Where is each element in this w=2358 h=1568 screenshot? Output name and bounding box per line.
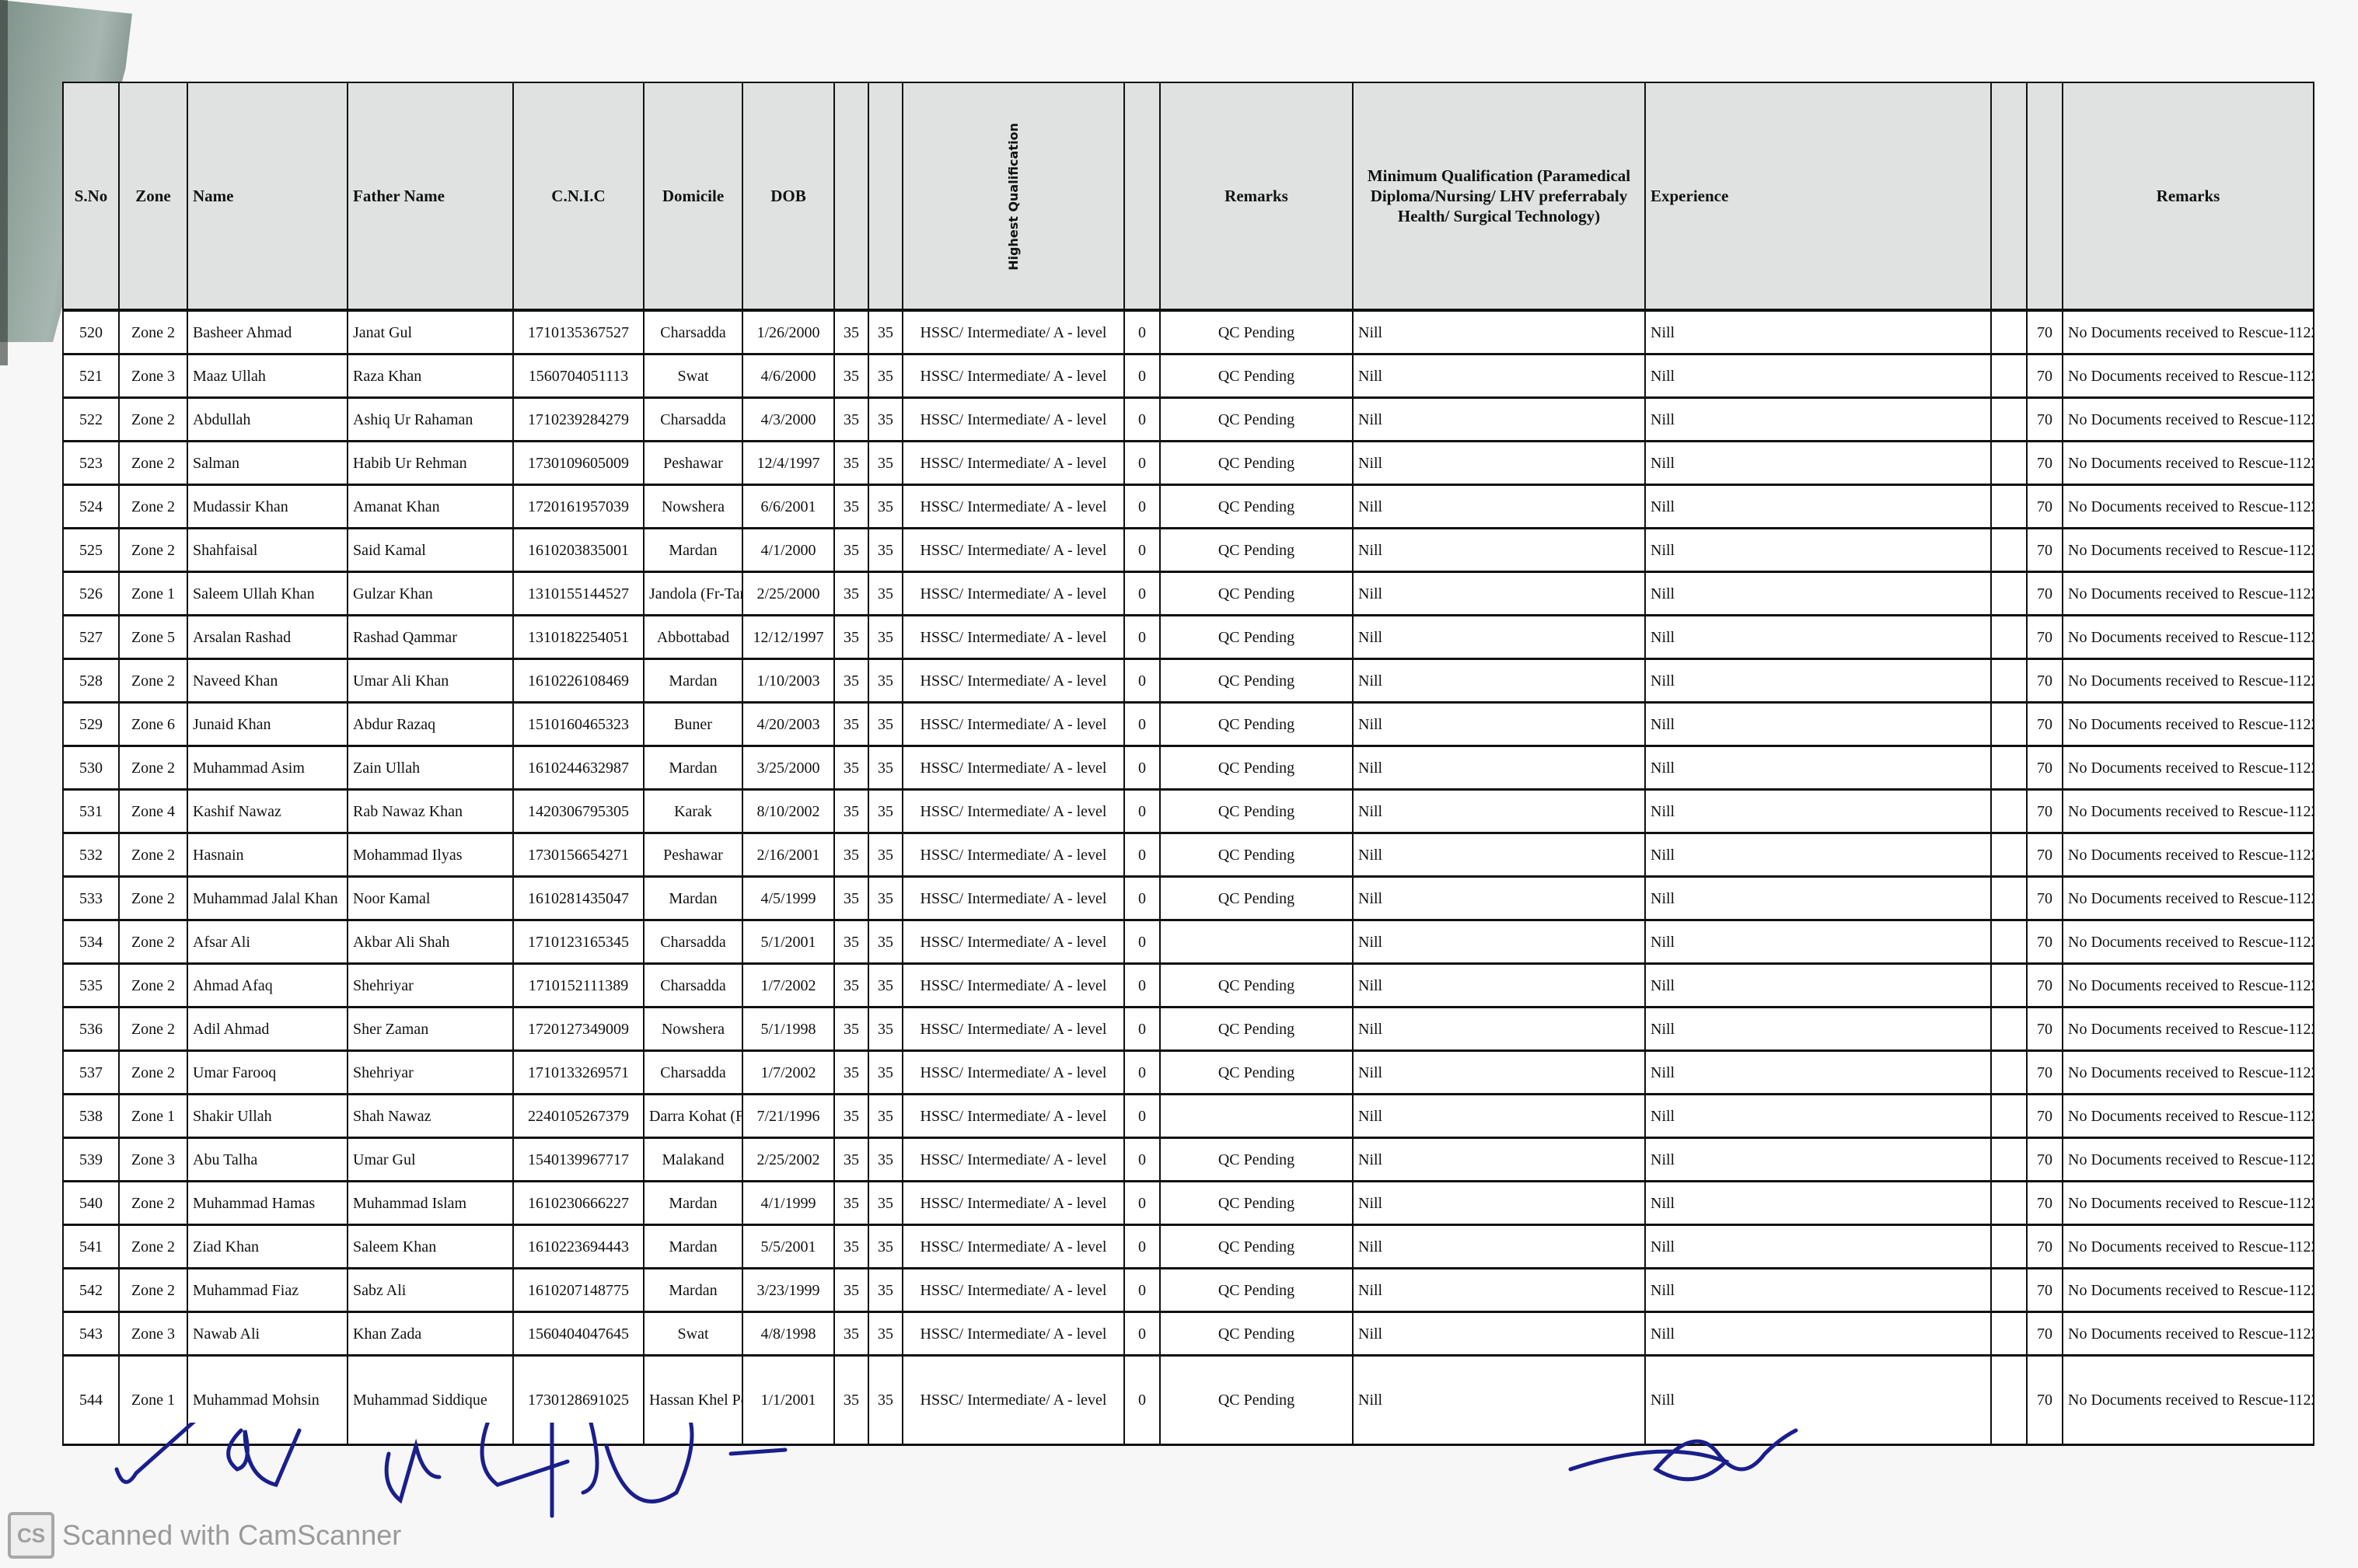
row-cnic: 1610281435047 — [513, 877, 644, 920]
row-father-name: Shehriyar — [348, 1051, 513, 1095]
row-remarks: QC Pending — [1160, 354, 1353, 398]
row-fsc: 35 — [868, 877, 903, 920]
row-experience: Nill — [1645, 833, 1991, 877]
col-zone: Zone — [119, 82, 187, 310]
row-zone: Zone 1 — [119, 1095, 187, 1138]
table-row: 539Zone 3Abu TalhaUmar Gul1540139967717M… — [63, 1138, 2314, 1182]
row-father-name: Umar Ali Khan — [348, 659, 513, 703]
row-sno: 539 — [63, 1138, 119, 1182]
row-remarks: QC Pending — [1160, 616, 1353, 659]
row-father-name: Said Kamal — [348, 529, 513, 572]
row-fsc: 35 — [868, 833, 903, 877]
row-fsc: 35 — [868, 354, 903, 398]
row-experience-marks — [1991, 1225, 2027, 1269]
row-remarks: QC Pending — [1160, 746, 1353, 790]
row-experience-marks — [1991, 1051, 2027, 1095]
row-qualification-marks: 0 — [1124, 1269, 1160, 1312]
col-father-name: Father Name — [348, 82, 513, 310]
row-experience: Nill — [1645, 572, 1991, 616]
row-zone: Zone 2 — [119, 964, 187, 1008]
row-qualification-marks: 0 — [1124, 746, 1160, 790]
row-dob: 12/4/1997 — [742, 442, 834, 485]
row-father-name: Sher Zaman — [348, 1008, 513, 1051]
row-domicile: Mardan — [644, 1269, 742, 1312]
row-final-remarks: No Documents received to Rescue-1122 — [2063, 1312, 2314, 1356]
row-total-marks: 70 — [2027, 398, 2063, 442]
row-dob: 4/8/1998 — [742, 1312, 834, 1356]
camscanner-logo-icon: CS — [8, 1512, 54, 1559]
row-cnic: 1730156654271 — [513, 833, 644, 877]
row-father-name: Abdur Razaq — [348, 703, 513, 746]
row-father-name: Habib Ur Rehman — [348, 442, 513, 485]
row-final-remarks: No Documents received to Rescue-1122 — [2063, 1051, 2314, 1095]
row-dob: 4/5/1999 — [742, 877, 834, 920]
row-total-marks: 70 — [2027, 572, 2063, 616]
row-cnic: 1560704051113 — [513, 354, 644, 398]
row-min-qualification: Nill — [1353, 833, 1645, 877]
row-min-qualification: Nill — [1353, 703, 1645, 746]
row-domicile: Karak — [644, 790, 742, 833]
row-remarks: QC Pending — [1160, 572, 1353, 616]
row-name: Salman — [187, 442, 348, 485]
page-edge-shadow — [0, 0, 8, 365]
row-experience: Nill — [1645, 398, 1991, 442]
row-domicile: Mardan — [644, 877, 742, 920]
row-experience-marks — [1991, 442, 2027, 485]
row-final-remarks: No Documents received to Rescue-1122 — [2063, 442, 2314, 485]
row-ssc: 35 — [834, 616, 868, 659]
row-qualification-marks: 0 — [1124, 529, 1160, 572]
row-domicile: Mardan — [644, 746, 742, 790]
row-total-marks: 70 — [2027, 616, 2063, 659]
camscanner-watermark: CS Scanned with CamScanner — [8, 1512, 401, 1559]
row-ssc: 35 — [834, 485, 868, 529]
row-dob: 2/25/2002 — [742, 1138, 834, 1182]
row-min-qualification: Nill — [1353, 920, 1645, 964]
row-min-qualification: Nill — [1353, 659, 1645, 703]
row-qualification-marks: 0 — [1124, 877, 1160, 920]
table-row: 536Zone 2Adil AhmadSher Zaman17201273490… — [63, 1008, 2314, 1051]
row-experience-marks — [1991, 1138, 2027, 1182]
table-row: 523Zone 2SalmanHabib Ur Rehman1730109605… — [63, 442, 2314, 485]
row-experience-marks — [1991, 1312, 2027, 1356]
table-row: 530Zone 2Muhammad AsimZain Ullah16102446… — [63, 746, 2314, 790]
row-cnic: 1730109605009 — [513, 442, 644, 485]
row-qualification-marks: 0 — [1124, 1225, 1160, 1269]
signature-5 — [606, 1423, 785, 1501]
row-experience: Nill — [1645, 1312, 1991, 1356]
row-experience: Nill — [1645, 485, 1991, 529]
row-fsc: 35 — [868, 572, 903, 616]
table-row: 532Zone 2HasnainMohammad Ilyas1730156654… — [63, 833, 2314, 877]
row-name: Naveed Khan — [187, 659, 348, 703]
row-zone: Zone 2 — [119, 442, 187, 485]
row-experience: Nill — [1645, 1095, 1991, 1138]
row-domicile: Mardan — [644, 659, 742, 703]
row-name: Muhammad Jalal Khan — [187, 877, 348, 920]
col-highest-qualification: Highest Qualification — [903, 82, 1124, 310]
row-experience-marks — [1991, 616, 2027, 659]
row-name: Ziad Khan — [187, 1225, 348, 1269]
row-total-marks: 70 — [2027, 877, 2063, 920]
row-cnic: 1720161957039 — [513, 485, 644, 529]
row-final-remarks: No Documents received to Rescue-1122 — [2063, 659, 2314, 703]
row-ssc: 35 — [834, 398, 868, 442]
row-name: Saleem Ullah Khan — [187, 572, 348, 616]
col-dob: DOB — [742, 82, 834, 310]
row-sno: 533 — [63, 877, 119, 920]
row-final-remarks: No Documents received to Rescue-1122 — [2063, 877, 2314, 920]
table-row: 534Zone 2Afsar AliAkbar Ali Shah17101231… — [63, 920, 2314, 964]
row-experience: Nill — [1645, 310, 1991, 354]
row-remarks: QC Pending — [1160, 1008, 1353, 1051]
row-father-name: Amanat Khan — [348, 485, 513, 529]
row-qualification: HSSC/ Intermediate/ A - level — [903, 920, 1124, 964]
row-fsc: 35 — [868, 746, 903, 790]
col-final-remarks: Remarks — [2063, 82, 2314, 310]
row-experience: Nill — [1645, 746, 1991, 790]
row-sno: 541 — [63, 1225, 119, 1269]
row-final-remarks: No Documents received to Rescue-1122 — [2063, 1225, 2314, 1269]
row-min-qualification: Nill — [1353, 1008, 1645, 1051]
row-name: Ahmad Afaq — [187, 964, 348, 1008]
row-sno: 531 — [63, 790, 119, 833]
row-dob: 1/7/2002 — [742, 1051, 834, 1095]
row-final-remarks: No Documents received to Rescue-1122 — [2063, 310, 2314, 354]
row-min-qualification: Nill — [1353, 529, 1645, 572]
row-name: Shahfaisal — [187, 529, 348, 572]
row-qualification: HSSC/ Intermediate/ A - level — [903, 790, 1124, 833]
row-ssc: 35 — [834, 572, 868, 616]
row-final-remarks: No Documents received to Rescue-1122 — [2063, 1138, 2314, 1182]
row-ssc: 35 — [834, 964, 868, 1008]
row-experience: Nill — [1645, 703, 1991, 746]
row-father-name: Saleem Khan — [348, 1225, 513, 1269]
row-min-qualification: Nill — [1353, 398, 1645, 442]
row-name: Basheer Ahmad — [187, 310, 348, 354]
row-experience: Nill — [1645, 442, 1991, 485]
row-father-name: Sabz Ali — [348, 1269, 513, 1312]
row-qualification-marks: 0 — [1124, 833, 1160, 877]
row-remarks: QC Pending — [1160, 485, 1353, 529]
row-remarks: QC Pending — [1160, 659, 1353, 703]
row-cnic: 1610244632987 — [513, 746, 644, 790]
col-sno: S.No — [63, 82, 119, 310]
row-name: Maaz Ullah — [187, 354, 348, 398]
row-domicile: Peshawar — [644, 442, 742, 485]
row-remarks: QC Pending — [1160, 1138, 1353, 1182]
row-experience-marks — [1991, 1269, 2027, 1312]
row-qualification: HSSC/ Intermediate/ A - level — [903, 659, 1124, 703]
row-cnic: 1710133269571 — [513, 1051, 644, 1095]
row-zone: Zone 4 — [119, 790, 187, 833]
row-zone: Zone 2 — [119, 920, 187, 964]
row-fsc: 35 — [868, 442, 903, 485]
row-zone: Zone 5 — [119, 616, 187, 659]
table-row: 540Zone 2Muhammad HamasMuhammad Islam161… — [63, 1182, 2314, 1225]
row-total-marks: 70 — [2027, 746, 2063, 790]
row-dob: 5/5/2001 — [742, 1225, 834, 1269]
row-domicile: Peshawar — [644, 833, 742, 877]
row-name: Muhammad Fiaz — [187, 1269, 348, 1312]
row-qualification: HSSC/ Intermediate/ A - level — [903, 398, 1124, 442]
row-qualification-marks: 0 — [1124, 354, 1160, 398]
row-remarks: QC Pending — [1160, 1269, 1353, 1312]
row-remarks: QC Pending — [1160, 529, 1353, 572]
row-name: Nawab Ali — [187, 1312, 348, 1356]
row-dob: 6/6/2001 — [742, 485, 834, 529]
row-qualification: HSSC/ Intermediate/ A - level — [903, 1095, 1124, 1138]
row-zone: Zone 3 — [119, 1138, 187, 1182]
row-father-name: Khan Zada — [348, 1312, 513, 1356]
row-fsc: 35 — [868, 920, 903, 964]
row-qualification: HSSC/ Intermediate/ A - level — [903, 310, 1124, 354]
row-total-marks: 70 — [2027, 703, 2063, 746]
row-ssc: 35 — [834, 1138, 868, 1182]
row-fsc: 35 — [868, 310, 903, 354]
row-father-name: Janat Gul — [348, 310, 513, 354]
row-father-name: Rashad Qammar — [348, 616, 513, 659]
table-row: 538Zone 1Shakir UllahShah Nawaz224010526… — [63, 1095, 2314, 1138]
table-body: 520Zone 2Basheer AhmadJanat Gul171013536… — [63, 310, 2314, 1445]
row-ssc: 35 — [834, 833, 868, 877]
row-total-marks: 70 — [2027, 964, 2063, 1008]
row-dob: 4/1/2000 — [742, 529, 834, 572]
row-sno: 543 — [63, 1312, 119, 1356]
row-sno: 522 — [63, 398, 119, 442]
table-row: 520Zone 2Basheer AhmadJanat Gul171013536… — [63, 310, 2314, 354]
row-father-name: Rab Nawaz Khan — [348, 790, 513, 833]
row-experience: Nill — [1645, 1182, 1991, 1225]
row-sno: 535 — [63, 964, 119, 1008]
row-cnic: 2240105267379 — [513, 1095, 644, 1138]
row-qualification: HSSC/ Intermediate/ A - level — [903, 1269, 1124, 1312]
row-fsc: 35 — [868, 1008, 903, 1051]
row-domicile: Mardan — [644, 1182, 742, 1225]
row-fsc: 35 — [868, 1095, 903, 1138]
row-zone: Zone 2 — [119, 833, 187, 877]
row-final-remarks: No Documents received to Rescue-1122 — [2063, 485, 2314, 529]
row-name: Junaid Khan — [187, 703, 348, 746]
row-ssc: 35 — [834, 1008, 868, 1051]
row-qualification-marks: 0 — [1124, 659, 1160, 703]
row-name: Mudassir Khan — [187, 485, 348, 529]
row-experience-marks — [1991, 746, 2027, 790]
row-min-qualification: Nill — [1353, 572, 1645, 616]
row-name: Muhammad Hamas — [187, 1182, 348, 1225]
row-father-name: Noor Kamal — [348, 877, 513, 920]
table-row: 526Zone 1Saleem Ullah KhanGulzar Khan131… — [63, 572, 2314, 616]
row-remarks: QC Pending — [1160, 1312, 1353, 1356]
row-total-marks: 70 — [2027, 1182, 2063, 1225]
row-experience-marks — [1991, 790, 2027, 833]
row-dob: 5/1/1998 — [742, 1008, 834, 1051]
table-row: 524Zone 2Mudassir KhanAmanat Khan1720161… — [63, 485, 2314, 529]
row-dob: 12/12/1997 — [742, 616, 834, 659]
row-sno: 534 — [63, 920, 119, 964]
row-sno: 529 — [63, 703, 119, 746]
table-row: 525Zone 2ShahfaisalSaid Kamal16102038350… — [63, 529, 2314, 572]
row-ssc: 35 — [834, 790, 868, 833]
row-name: Kashif Nawaz — [187, 790, 348, 833]
row-experience: Nill — [1645, 529, 1991, 572]
row-name: Adil Ahmad — [187, 1008, 348, 1051]
row-experience: Nill — [1645, 1225, 1991, 1269]
row-dob: 2/25/2000 — [742, 572, 834, 616]
row-qualification: HSSC/ Intermediate/ A - level — [903, 572, 1124, 616]
row-sno: 542 — [63, 1269, 119, 1312]
col-remarks: Remarks — [1160, 82, 1353, 310]
row-cnic: 1720127349009 — [513, 1008, 644, 1051]
table-row: 529Zone 6Junaid KhanAbdur Razaq151016046… — [63, 703, 2314, 746]
row-sno: 524 — [63, 485, 119, 529]
row-experience-marks — [1991, 572, 2027, 616]
row-qualification-marks: 0 — [1124, 485, 1160, 529]
row-cnic: 1610203835001 — [513, 529, 644, 572]
row-experience-marks — [1991, 1182, 2027, 1225]
row-sno: 523 — [63, 442, 119, 485]
table-header-row: S.No Zone Name Father Name C.N.I.C Domic… — [63, 82, 2314, 310]
row-zone: Zone 2 — [119, 659, 187, 703]
col-name: Name — [187, 82, 348, 310]
row-ssc: 35 — [834, 354, 868, 398]
row-domicile: Nowshera — [644, 1008, 742, 1051]
row-sno: 525 — [63, 529, 119, 572]
table-row: 535Zone 2Ahmad AfaqShehriyar171015211138… — [63, 964, 2314, 1008]
row-domicile: Charsadda — [644, 398, 742, 442]
row-remarks: QC Pending — [1160, 1225, 1353, 1269]
row-cnic: 1710152111389 — [513, 964, 644, 1008]
camscanner-text: Scanned with CamScanner — [62, 1519, 401, 1552]
row-domicile: Mardan — [644, 529, 742, 572]
row-father-name: Akbar Ali Shah — [348, 920, 513, 964]
row-fsc: 35 — [868, 1269, 903, 1312]
row-min-qualification: Nill — [1353, 616, 1645, 659]
row-min-qualification: Nill — [1353, 442, 1645, 485]
row-name: Shakir Ullah — [187, 1095, 348, 1138]
row-cnic: 1310182254051 — [513, 616, 644, 659]
row-domicile: Nowshera — [644, 485, 742, 529]
row-dob: 1/7/2002 — [742, 964, 834, 1008]
row-ssc: 35 — [834, 310, 868, 354]
row-remarks: QC Pending — [1160, 964, 1353, 1008]
row-zone: Zone 2 — [119, 310, 187, 354]
row-dob: 3/25/2000 — [742, 746, 834, 790]
row-qualification: HSSC/ Intermediate/ A - level — [903, 1225, 1124, 1269]
row-qualification: HSSC/ Intermediate/ A - level — [903, 1312, 1124, 1356]
row-qualification: HSSC/ Intermediate/ A - level — [903, 1051, 1124, 1095]
row-min-qualification: Nill — [1353, 310, 1645, 354]
table-row: 541Zone 2Ziad KhanSaleem Khan16102236944… — [63, 1225, 2314, 1269]
row-qualification: HSSC/ Intermediate/ A - level — [903, 833, 1124, 877]
row-remarks: QC Pending — [1160, 790, 1353, 833]
row-zone: Zone 3 — [119, 354, 187, 398]
row-total-marks: 70 — [2027, 833, 2063, 877]
row-ssc: 35 — [834, 1095, 868, 1138]
row-cnic: 1710239284279 — [513, 398, 644, 442]
row-zone: Zone 2 — [119, 1051, 187, 1095]
row-father-name: Shah Nawaz — [348, 1095, 513, 1138]
row-remarks: QC Pending — [1160, 442, 1353, 485]
row-zone: Zone 2 — [119, 1225, 187, 1269]
row-fsc: 35 — [868, 616, 903, 659]
row-experience-marks — [1991, 354, 2027, 398]
row-remarks: QC Pending — [1160, 833, 1353, 877]
row-zone: Zone 1 — [119, 572, 187, 616]
row-final-remarks: No Documents received to Rescue-1122 — [2063, 354, 2314, 398]
row-zone: Zone 2 — [119, 877, 187, 920]
row-fsc: 35 — [868, 1051, 903, 1095]
row-qualification-marks: 0 — [1124, 442, 1160, 485]
row-sno: 520 — [63, 310, 119, 354]
row-cnic: 1560404047645 — [513, 1312, 644, 1356]
row-qualification: HSSC/ Intermediate/ A - level — [903, 703, 1124, 746]
row-experience-marks — [1991, 310, 2027, 354]
row-qualification-marks: 0 — [1124, 703, 1160, 746]
row-remarks: QC Pending — [1160, 877, 1353, 920]
row-final-remarks: No Documents received to Rescue-1122 — [2063, 833, 2314, 877]
row-experience-marks — [1991, 833, 2027, 877]
row-name: Abdullah — [187, 398, 348, 442]
row-dob: 7/21/1996 — [742, 1095, 834, 1138]
row-ssc: 35 — [834, 442, 868, 485]
candidate-table: S.No Zone Name Father Name C.N.I.C Domic… — [62, 82, 2314, 1446]
row-father-name: Gulzar Khan — [348, 572, 513, 616]
row-dob: 8/10/2002 — [742, 790, 834, 833]
col-ssc-score: SSC Score — [834, 82, 868, 310]
row-final-remarks: No Documents received to Rescue-1122 — [2063, 1008, 2314, 1051]
row-min-qualification: Nill — [1353, 354, 1645, 398]
row-experience-marks — [1991, 398, 2027, 442]
signature-4 — [482, 1423, 597, 1516]
table-row: 533Zone 2Muhammad Jalal KhanNoor Kamal16… — [63, 877, 2314, 920]
row-domicile: Charsadda — [644, 1051, 742, 1095]
row-final-remarks: No Documents received to Rescue-1122 — [2063, 964, 2314, 1008]
row-experience-marks — [1991, 485, 2027, 529]
row-cnic: 1540139967717 — [513, 1138, 644, 1182]
row-remarks — [1160, 1095, 1353, 1138]
row-domicile: Malakand — [644, 1138, 742, 1182]
row-min-qualification: Nill — [1353, 485, 1645, 529]
row-domicile: Swat — [644, 1312, 742, 1356]
row-experience: Nill — [1645, 1138, 1991, 1182]
row-final-remarks: No Documents received to Rescue-1122 — [2063, 920, 2314, 964]
row-name: Hasnain — [187, 833, 348, 877]
row-final-remarks: No Documents received to Rescue-1122 — [2063, 1182, 2314, 1225]
row-final-remarks: No Documents received to Rescue-1122 — [2063, 572, 2314, 616]
row-experience: Nill — [1645, 964, 1991, 1008]
table-row: 537Zone 2Umar FarooqShehriyar17101332695… — [63, 1051, 2314, 1095]
row-father-name: Ashiq Ur Rahaman — [348, 398, 513, 442]
row-fsc: 35 — [868, 485, 903, 529]
row-zone: Zone 2 — [119, 485, 187, 529]
row-zone: Zone 2 — [119, 398, 187, 442]
row-father-name: Shehriyar — [348, 964, 513, 1008]
row-qualification-marks: 0 — [1124, 964, 1160, 1008]
row-qualification: HSSC/ Intermediate/ A - level — [903, 1138, 1124, 1182]
row-domicile: Charsadda — [644, 920, 742, 964]
row-fsc: 35 — [868, 703, 903, 746]
row-dob: 1/10/2003 — [742, 659, 834, 703]
row-cnic: 1610226108469 — [513, 659, 644, 703]
row-total-marks: 70 — [2027, 1312, 2063, 1356]
row-experience: Nill — [1645, 920, 1991, 964]
row-qualification: HSSC/ Intermediate/ A - level — [903, 1182, 1124, 1225]
row-zone: Zone 3 — [119, 1312, 187, 1356]
row-name: Muhammad Asim — [187, 746, 348, 790]
row-zone: Zone 2 — [119, 1269, 187, 1312]
row-total-marks: 70 — [2027, 310, 2063, 354]
